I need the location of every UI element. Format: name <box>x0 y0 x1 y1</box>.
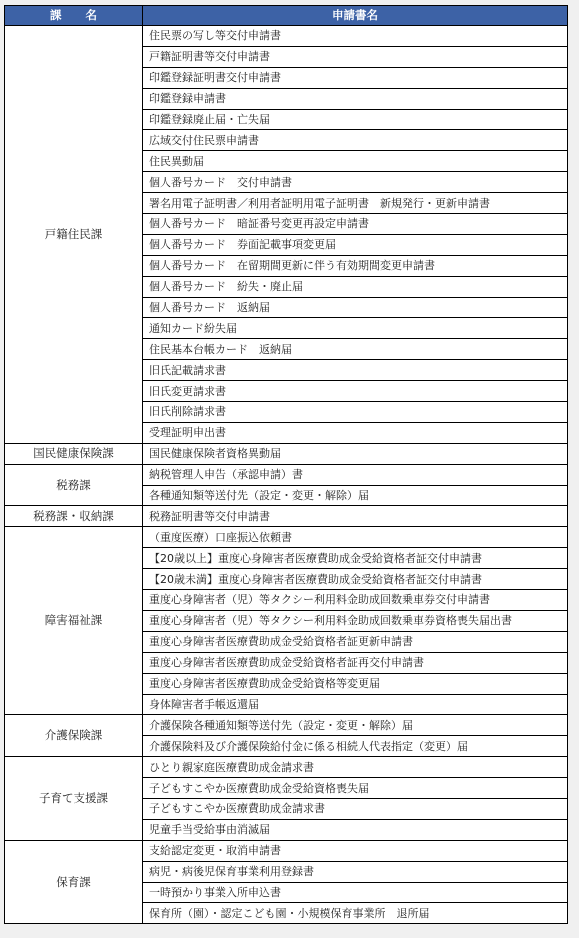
form-name-cell: 住民票の写し等交付申請書 <box>143 26 568 47</box>
form-name-cell: 子どもすこやか医療費助成金請求書 <box>143 798 568 819</box>
form-name-cell: 戸籍証明書等交付申請書 <box>143 46 568 67</box>
form-name-cell: 重度心身障害者（児）等タクシー利用料金助成回数乗車券交付申請書 <box>143 590 568 611</box>
form-name-cell: 児童手当受給事由消滅届 <box>143 819 568 840</box>
form-name-cell: 住民異動届 <box>143 151 568 172</box>
form-name-cell: 介護保険料及び介護保険給付金に係る相続人代表指定（変更）届 <box>143 736 568 757</box>
table-row: 保育課支給認定変更・取消申請書 <box>5 840 568 861</box>
department-cell: 国民健康保険課 <box>5 443 143 464</box>
form-name-cell: 通知カード紛失届 <box>143 318 568 339</box>
form-name-cell: 病児・病後児保育事業利用登録書 <box>143 861 568 882</box>
form-name-cell: 署名用電子証明書／利用者証明用電子証明書 新規発行・更新申請書 <box>143 193 568 214</box>
form-name-cell: 保育所（園）・認定こども園・小規模保育事業所 退所届 <box>143 903 568 924</box>
form-name-cell: 重度心身障害者医療費助成金受給資格等変更届 <box>143 673 568 694</box>
form-name-cell: 重度心身障害者医療費助成金受給資格者証再交付申請書 <box>143 652 568 673</box>
form-name-cell: 個人番号カード 暗証番号変更再設定申請書 <box>143 214 568 235</box>
table-row: 障害福祉課（重度医療）口座振込依頼書 <box>5 527 568 548</box>
form-name-cell: 旧氏記載請求書 <box>143 360 568 381</box>
application-forms-table: 課 名 申請書名 戸籍住民課住民票の写し等交付申請書戸籍証明書等交付申請書印鑑登… <box>4 5 568 924</box>
form-name-cell: （重度医療）口座振込依頼書 <box>143 527 568 548</box>
table-header-row: 課 名 申請書名 <box>5 6 568 26</box>
form-name-cell: 個人番号カード 紛失・廃止届 <box>143 276 568 297</box>
form-name-cell: 国民健康保険者資格異動届 <box>143 443 568 464</box>
form-name-cell: 受理証明申出書 <box>143 422 568 443</box>
form-name-cell: 重度心身障害者（児）等タクシー利用料金助成回数乗車券資格喪失届出書 <box>143 610 568 631</box>
department-cell: 税務課 <box>5 464 143 506</box>
form-name-cell: 個人番号カード 返納届 <box>143 297 568 318</box>
form-name-cell: 税務証明書等交付申請書 <box>143 506 568 527</box>
column-header-form-name: 申請書名 <box>143 6 568 26</box>
form-name-cell: 各種通知類等送付先（設定・変更・解除）届 <box>143 485 568 506</box>
table-row: 税務課・収納課税務証明書等交付申請書 <box>5 506 568 527</box>
form-name-cell: 住民基本台帳カード 返納届 <box>143 339 568 360</box>
form-name-cell: ひとり親家庭医療費助成金請求書 <box>143 757 568 778</box>
column-header-department: 課 名 <box>5 6 143 26</box>
department-cell: 保育課 <box>5 840 143 924</box>
form-name-cell: 重度心身障害者医療費助成金受給資格者証更新申請書 <box>143 631 568 652</box>
table-row: 国民健康保険課国民健康保険者資格異動届 <box>5 443 568 464</box>
form-name-cell: 支給認定変更・取消申請書 <box>143 840 568 861</box>
form-name-cell: 一時預かり事業入所申込書 <box>143 882 568 903</box>
form-name-cell: 印鑑登録廃止届・亡失届 <box>143 109 568 130</box>
form-name-cell: 広域交付住民票申請書 <box>143 130 568 151</box>
form-name-cell: 【20歳以上】重度心身障害者医療費助成金受給資格者証交付申請書 <box>143 548 568 569</box>
department-cell: 介護保険課 <box>5 715 143 757</box>
form-name-cell: 旧氏削除請求書 <box>143 402 568 423</box>
form-name-cell: 納税管理人申告（承認申請）書 <box>143 464 568 485</box>
form-name-cell: 個人番号カード 券面記載事項変更届 <box>143 234 568 255</box>
table-row: 税務課納税管理人申告（承認申請）書 <box>5 464 568 485</box>
form-name-cell: 身体障害者手帳返還届 <box>143 694 568 715</box>
table-row: 戸籍住民課住民票の写し等交付申請書 <box>5 26 568 47</box>
department-cell: 障害福祉課 <box>5 527 143 715</box>
form-name-cell: 【20歳未満】重度心身障害者医療費助成金受給資格者証交付申請書 <box>143 569 568 590</box>
form-name-cell: 子どもすこやか医療費助成金受給資格喪失届 <box>143 778 568 799</box>
department-cell: 子育て支援課 <box>5 757 143 841</box>
form-name-cell: 個人番号カード 交付申請書 <box>143 172 568 193</box>
table-row: 介護保険課介護保険各種通知類等送付先（設定・変更・解除）届 <box>5 715 568 736</box>
form-name-cell: 印鑑登録証明書交付申請書 <box>143 67 568 88</box>
department-cell: 戸籍住民課 <box>5 26 143 444</box>
form-name-cell: 介護保険各種通知類等送付先（設定・変更・解除）届 <box>143 715 568 736</box>
table-row: 子育て支援課ひとり親家庭医療費助成金請求書 <box>5 757 568 778</box>
form-name-cell: 旧氏変更請求書 <box>143 381 568 402</box>
form-name-cell: 個人番号カード 在留期間更新に伴う有効期間変更申請書 <box>143 255 568 276</box>
department-cell: 税務課・収納課 <box>5 506 143 527</box>
form-name-cell: 印鑑登録申請書 <box>143 88 568 109</box>
